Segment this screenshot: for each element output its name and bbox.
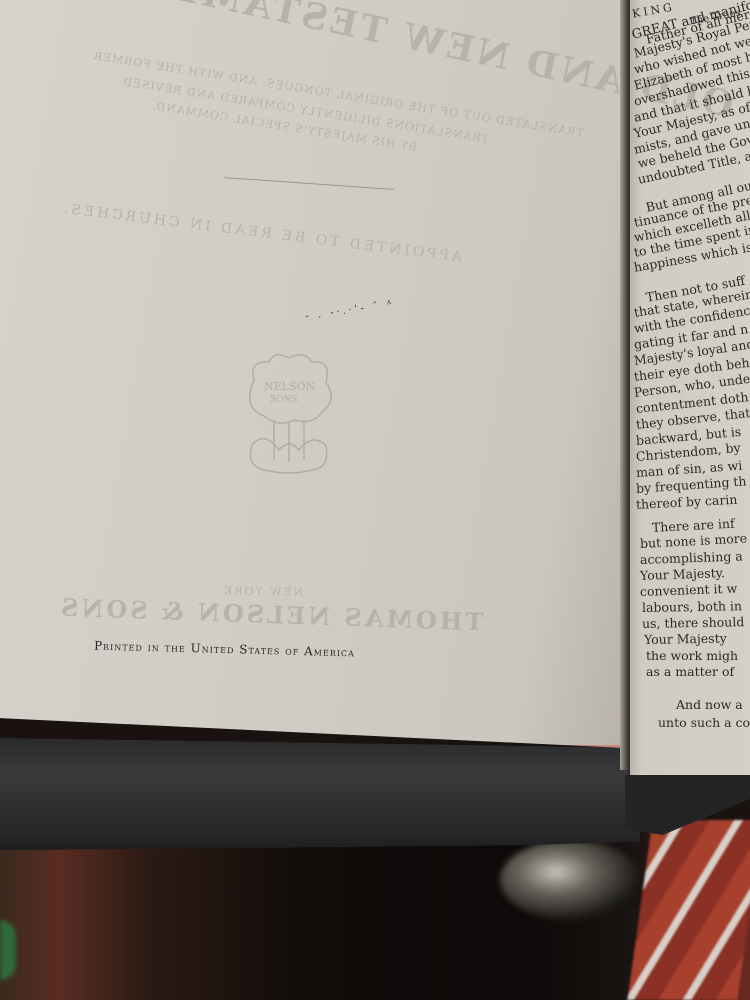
background-green-object bbox=[0, 920, 16, 980]
text-line: us, there should bbox=[642, 614, 745, 631]
bleed-city: NEW YORK bbox=[222, 584, 303, 598]
text-line: And now a bbox=[676, 697, 743, 712]
text-line: labours, both in bbox=[642, 598, 742, 615]
text-line: Your Majesty bbox=[644, 631, 727, 647]
text-line: the work migh bbox=[646, 648, 738, 663]
book-cover-edge bbox=[0, 738, 640, 860]
book-gutter bbox=[620, 0, 630, 770]
publisher-emblem-icon: NELSON SONS bbox=[234, 350, 344, 475]
photo-scene: OLD AND NEW TESTAMENTS TRANSLATED OUT OF… bbox=[0, 0, 750, 1000]
svg-text:SONS: SONS bbox=[270, 395, 298, 405]
text-line: Your Majesty. bbox=[640, 565, 726, 583]
text-line: as a matter of bbox=[646, 664, 734, 679]
background-cat bbox=[500, 840, 640, 920]
text-line: accomplishing a bbox=[640, 548, 743, 567]
svg-text:NELSON: NELSON bbox=[264, 380, 316, 393]
text-line: unto such a co bbox=[658, 715, 750, 730]
text-line: convenient it w bbox=[640, 581, 738, 599]
dedication-column: KING The Trans GREAT and manifoldFather … bbox=[632, 0, 750, 770]
